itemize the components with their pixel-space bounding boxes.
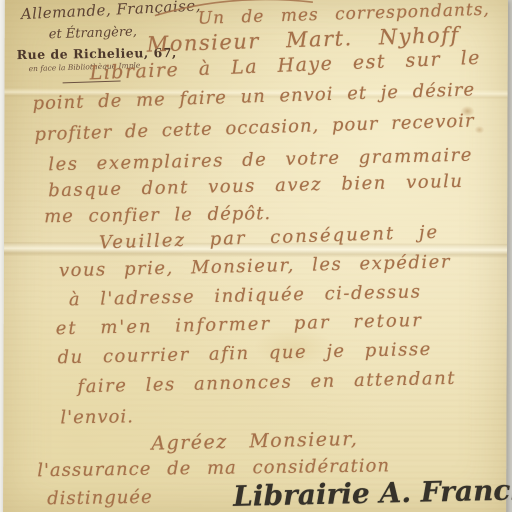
signature: Librairie A. Franck bbox=[233, 473, 512, 512]
letter-line: du courrier afin que je puisse bbox=[57, 339, 432, 368]
letter-line: me confier le dépôt. bbox=[44, 203, 271, 227]
letter-line: profiter de cette occasion, pour recevoi… bbox=[34, 110, 475, 145]
letter-line: à l'adresse indiquée ci-dessus bbox=[69, 281, 422, 310]
letterhead-script-line-2: et Étrangère, bbox=[49, 25, 138, 43]
letter-paper: LIBRAIRIE Allemande, Française, et Étran… bbox=[3, 0, 508, 512]
fox-spot-stain bbox=[474, 126, 484, 134]
letter-line: faire les annonces en attendant bbox=[77, 368, 456, 398]
letter-line: point de me faire un envoi et je désire bbox=[32, 79, 475, 114]
letter-line: distinguée bbox=[47, 487, 153, 509]
letter-line: et m'en informer par retour bbox=[56, 310, 424, 339]
letter-photograph: LIBRAIRIE Allemande, Française, et Étran… bbox=[0, 0, 512, 512]
letter-line: les exemplaires de votre grammaire bbox=[48, 145, 473, 176]
letter-line: basque dont vous avez bien voulu bbox=[48, 171, 464, 201]
letter-line: Agréez Monsieur, bbox=[151, 428, 358, 455]
letter-line: l'envoi. bbox=[60, 406, 134, 428]
